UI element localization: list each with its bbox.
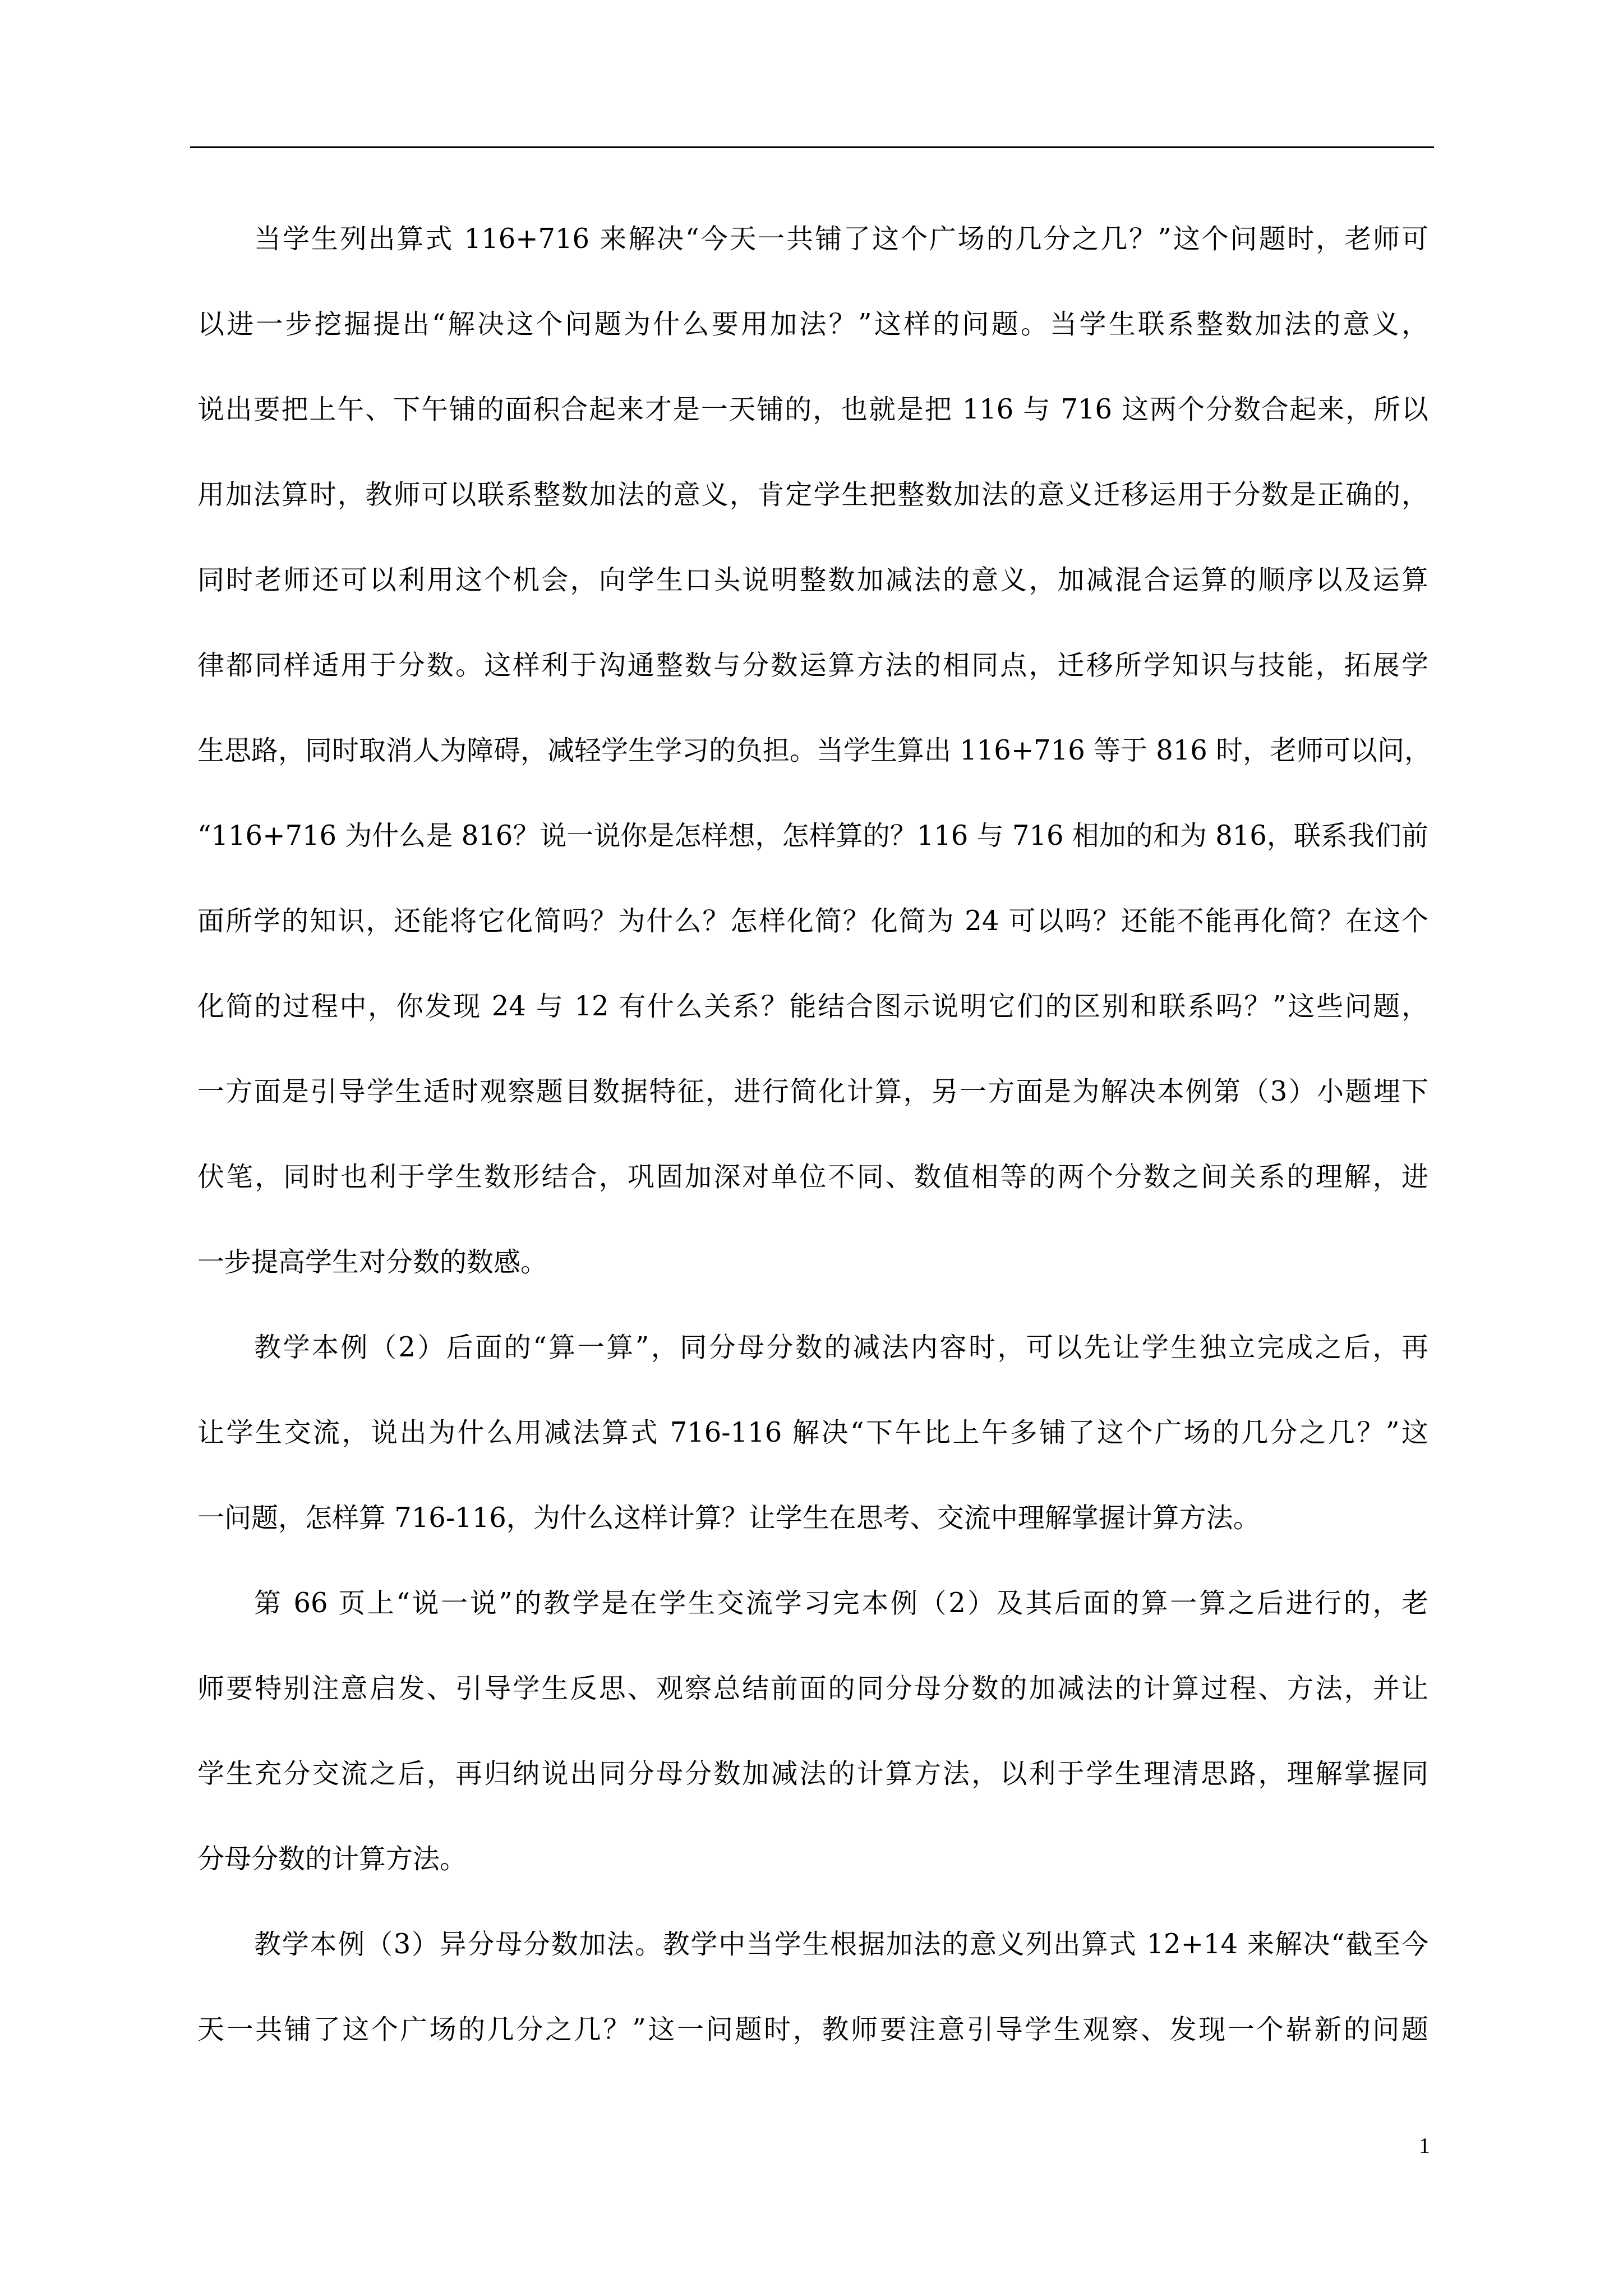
text-line: 一问题，怎样算 716-116，为什么这样计算？让学生在思考、交流中理解掌握计算… <box>197 1475 1428 1561</box>
text-line: 教学本例（2）后面的“算一算”，同分母分数的减法内容时，可以先让学生独立完成之后… <box>197 1305 1428 1390</box>
text-line: 教学本例（3）异分母分数加法。教学中当学生根据加法的意义列出算式 12+14 来… <box>197 1902 1428 1987</box>
paragraph-3: 第 66 页上“说一说”的教学是在学生交流学习完本例（2）及其后面的算一算之后进… <box>197 1561 1428 1902</box>
text-line: 天一共铺了这个广场的几分之几？”这一问题时，教师要注意引导学生观察、发现一个崭新… <box>197 1987 1428 2072</box>
text-line: 一方面是引导学生适时观察题目数据特征，进行简化计算，另一方面是为解决本例第（3）… <box>197 1049 1428 1134</box>
page-number: 1 <box>1419 2132 1430 2160</box>
text-line: 律都同样适用于分数。这样利于沟通整数与分数运算方法的相同点，迁移所学知识与技能，… <box>197 623 1428 708</box>
text-line: 化简的过程中，你发现 24 与 12 有什么关系？能结合图示说明它们的区别和联系… <box>197 964 1428 1049</box>
header-rule <box>190 146 1434 148</box>
paragraph-4: 教学本例（3）异分母分数加法。教学中当学生根据加法的意义列出算式 12+14 来… <box>197 1902 1428 2072</box>
text-line: 面所学的知识，还能将它化简吗？为什么？怎样化简？化简为 24 可以吗？还能不能再… <box>197 878 1428 964</box>
text-line: 分母分数的计算方法。 <box>197 1816 1428 1902</box>
text-line: 用加法算时，教师可以联系整数加法的意义，肯定学生把整数加法的意义迁移运用于分数是… <box>197 452 1428 537</box>
text-line: 让学生交流，说出为什么用减法算式 716-116 解决“下午比上午多铺了这个广场… <box>197 1390 1428 1475</box>
text-line: 学生充分交流之后，再归纳说出同分母分数加减法的计算方法，以利于学生理清思路，理解… <box>197 1731 1428 1816</box>
text-line: “116+716 为什么是 816？说一说你是怎样想，怎样算的？116 与 71… <box>197 793 1428 878</box>
text-line: 伏笔，同时也利于学生数形结合，巩固加深对单位不同、数值相等的两个分数之间关系的理… <box>197 1134 1428 1220</box>
paragraph-2: 教学本例（2）后面的“算一算”，同分母分数的减法内容时，可以先让学生独立完成之后… <box>197 1305 1428 1561</box>
paragraph-1: 当学生列出算式 116+716 来解决“今天一共铺了这个广场的几分之几？”这个问… <box>197 196 1428 1305</box>
text-line: 以进一步挖掘提出“解决这个问题为什么要用加法？”这样的问题。当学生联系整数加法的… <box>197 282 1428 367</box>
text-line: 一步提高学生对分数的数感。 <box>197 1220 1428 1305</box>
text-line: 第 66 页上“说一说”的教学是在学生交流学习完本例（2）及其后面的算一算之后进… <box>197 1561 1428 1646</box>
text-line: 师要特别注意启发、引导学生反思、观察总结前面的同分母分数的加减法的计算过程、方法… <box>197 1646 1428 1731</box>
text-line: 生思路，同时取消人为障碍，减轻学生学习的负担。当学生算出 116+716 等于 … <box>197 708 1428 793</box>
text-line: 说出要把上午、下午铺的面积合起来才是一天铺的，也就是把 116 与 716 这两… <box>197 367 1428 452</box>
document-body: 当学生列出算式 116+716 来解决“今天一共铺了这个广场的几分之几？”这个问… <box>197 196 1428 2072</box>
text-line: 当学生列出算式 116+716 来解决“今天一共铺了这个广场的几分之几？”这个问… <box>197 196 1428 282</box>
text-line: 同时老师还可以利用这个机会，向学生口头说明整数加减法的意义，加减混合运算的顺序以… <box>197 537 1428 623</box>
